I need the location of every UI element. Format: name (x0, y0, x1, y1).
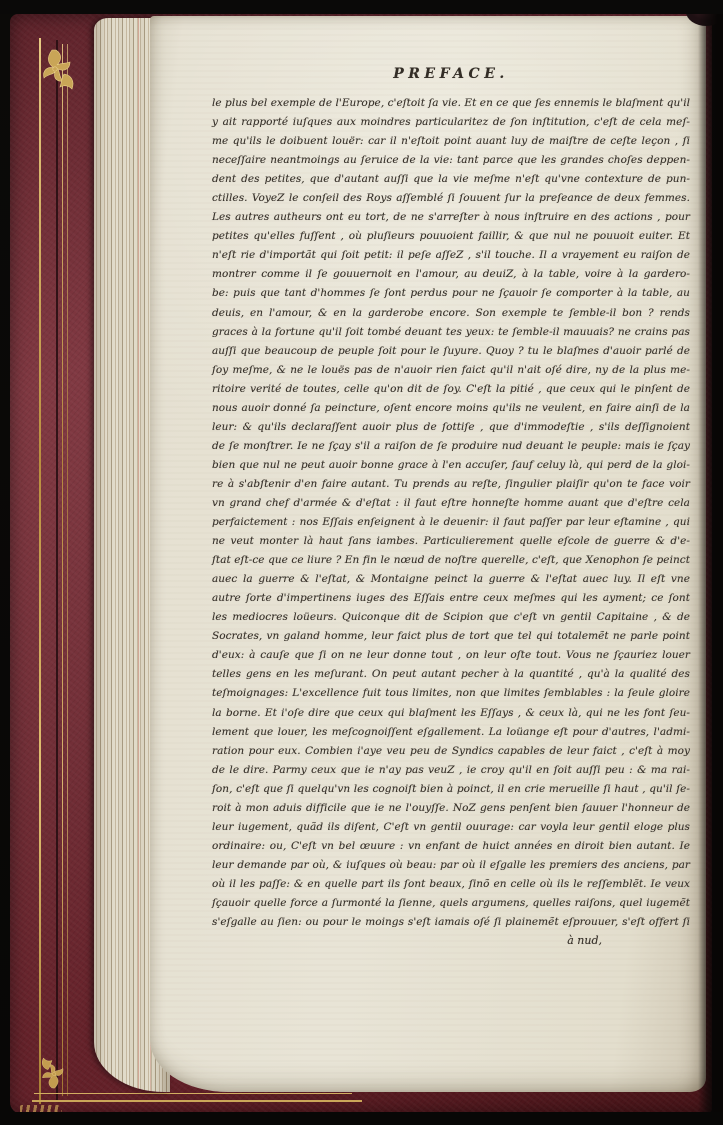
gold-fleuron-icon (38, 48, 82, 102)
text-line: nous auoir donné ſa peincture, oſent enc… (212, 399, 690, 418)
gilt-fillet-line (62, 44, 63, 1096)
text-line: dent des petites, que d'autant auſſi que… (212, 170, 690, 189)
text-line: y ait rapporté iuſques aux moindres part… (212, 113, 690, 132)
text-line: re à s'abſtenir d'en faire autant. Tu pr… (212, 475, 690, 494)
gilt-fillet-line (32, 1100, 362, 1102)
text-line: ctilles. VoyeZ le conſeil des Roys aſſem… (212, 189, 690, 208)
gilt-fillet-line (67, 44, 68, 1096)
text-line: Les autres autheurs ont eu tort, de ne s… (212, 208, 690, 227)
text-line: n'eſt rie d'importãt qui ſoit petit: il … (212, 246, 690, 265)
text-line: d'eux: à cauſe que ſi on ne leur donne t… (212, 646, 690, 665)
text-line: s'eſgalle au ſien: ou pour le moings s'e… (212, 913, 690, 932)
gilt-fillet-line (34, 1093, 352, 1094)
text-line: lement que louer, les meſcognoiſſent eſg… (212, 723, 690, 742)
page-title: PREFACE. (212, 64, 690, 84)
gilt-fillet-line (39, 38, 41, 1104)
text-line: leur demande par où, & iuſques où beau: … (212, 856, 690, 875)
text-line: Socrates, vn galand homme, leur faict pl… (212, 627, 690, 646)
text-line: ne veut monter là haut ſans iambes. Part… (212, 532, 690, 551)
text-line: autre ſorte d'impertinens iuges des Eſſa… (212, 589, 690, 608)
body-text: le plus bel exemple de l'Europe, c'eſtoi… (212, 94, 690, 932)
text-line: montrer comme il ſe gouuernoit en l'amou… (212, 265, 690, 284)
text-line: leur: & qu'ils declaraſſent auoir plus d… (212, 418, 690, 437)
text-line: graces à la fortune qu'il ſoit tombé deu… (212, 323, 690, 342)
text-line: la borne. Et i'oſe dire que ceux qui bla… (212, 704, 690, 723)
photograph-backdrop: PREFACE. le plus bel exemple de l'Europe… (0, 0, 723, 1125)
cover-groove (56, 40, 58, 1102)
text-line: teſmoignages: L'excellence fuit tous lim… (212, 684, 690, 703)
text-line: bien que nul ne peut auoir bonne grace à… (212, 456, 690, 475)
text-line: de le dire. Parmy ceux que ie n'ay pas v… (212, 761, 690, 780)
text-line: perfaictement : nos Eſſais enſeignent à … (212, 513, 690, 532)
printed-text-block: PREFACE. le plus bel exemple de l'Europe… (212, 64, 690, 950)
text-line: ſtat eſt-ce que ce liure ? En fin le nœu… (212, 551, 690, 570)
text-line: de ſe monſtrer. Ie ne ſçay s'il a raiſon… (212, 437, 690, 456)
catchword: à nud, (212, 932, 690, 950)
text-line: ordinaire: ou, C'eſt vn bel œuure : vn e… (212, 837, 690, 856)
text-line: me qu'ils le doibuent louër: car il n'eſ… (212, 132, 690, 151)
text-line: ration pour eux. Combien i'aye veu peu d… (212, 742, 690, 761)
text-line: où il les paſſe: & en quelle part ils ſo… (212, 875, 690, 894)
text-line: les mediocres loüeurs. Quiconque dit de … (212, 608, 690, 627)
text-line: deuis, en l'amour, & en la garderobe enc… (212, 304, 690, 323)
text-line: be: puis que tant d'hommes ſe ſont perdu… (212, 284, 690, 303)
text-line: telles gens en les meſurant. On peut aut… (212, 665, 690, 684)
text-line: petites qu'elles fuſſent , où pluſieurs … (212, 227, 690, 246)
backdrop-edge (0, 0, 723, 14)
text-line: auec la guerre & l'eſtat, & Montaigne pe… (212, 570, 690, 589)
gutter-shadow (698, 0, 723, 1125)
gold-fleuron-icon (32, 1046, 69, 1092)
text-line: ſçauoir quelle force a ſurmonté la ſienn… (212, 894, 690, 913)
text-line: neceſſaire neantmoings au ſeruice de la … (212, 151, 690, 170)
text-line: leur iugement, quãd ils diſent, C'eſt vn… (212, 818, 690, 837)
text-line: ſon, c'eſt que ſi quelqu'vn les cognoiſt… (212, 780, 690, 799)
text-line: roit à mon aduis difficile que ie ne l'o… (212, 799, 690, 818)
backdrop-edge (0, 1112, 723, 1125)
text-line: ſoy meſme, & ne le louës pas de n'auoir … (212, 361, 690, 380)
text-line: auſſi que beaucoup de peuple ſoit pour l… (212, 342, 690, 361)
text-line: vn grand chef d'armée & d'eſtat : il fau… (212, 494, 690, 513)
text-line: ritoire verité de toutes, celle qu'on di… (212, 380, 690, 399)
text-line: le plus bel exemple de l'Europe, c'eſtoi… (212, 94, 690, 113)
